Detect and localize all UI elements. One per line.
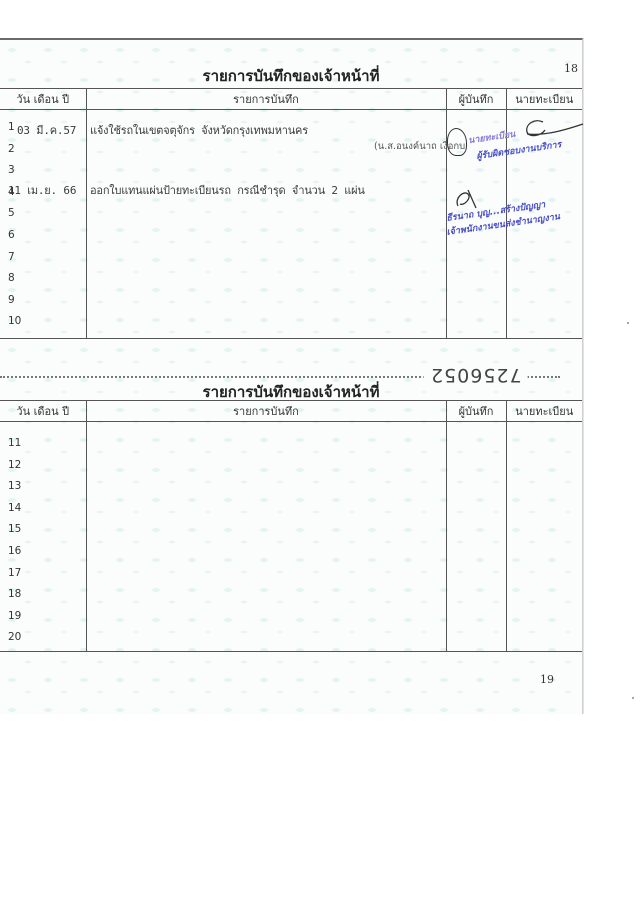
registrar-column — [506, 422, 582, 652]
col-recorder-header: ผู้บันทึก — [446, 89, 506, 110]
row-number: 13 — [8, 480, 21, 492]
row-number: 3 — [8, 164, 15, 176]
recorder-column — [446, 422, 506, 652]
page-title-top: รายการบันทึกของเจ้าหน้าที่ — [0, 64, 582, 88]
col-record-header: รายการบันทึก — [86, 401, 446, 422]
row-number: 10 — [8, 315, 21, 327]
scan-speck — [632, 697, 634, 699]
row-number: 9 — [8, 294, 15, 306]
row-number: 16 — [8, 545, 21, 557]
row-number: 11 — [8, 437, 21, 449]
registrar-signature — [515, 116, 585, 142]
scan-speck — [627, 322, 629, 324]
entry-text: แจ้งใช้รถในเขตจตุจักร จังหวัดกรุงเทพมหาน… — [90, 121, 308, 139]
entry-date: 11 เม.ย. 66 — [8, 181, 76, 199]
row-number: 14 — [8, 502, 21, 514]
col-registrar-header: นายทะเบียน — [506, 89, 582, 110]
record-column — [86, 422, 446, 652]
record-table-bottom: วัน เดือน ปี รายการบันทึก ผู้บันทึก นายท… — [0, 400, 582, 652]
row-number: 17 — [8, 567, 21, 579]
page-number-19: 19 — [540, 673, 554, 686]
col-record-header: รายการบันทึก — [86, 89, 446, 110]
row-number: 18 — [8, 588, 21, 600]
row-number: 19 — [8, 610, 21, 622]
row-number: 20 — [8, 631, 21, 643]
signature-mark — [447, 128, 467, 156]
col-recorder-header: ผู้บันทึก — [446, 401, 506, 422]
row-number: 5 — [8, 207, 15, 219]
entry-date: 03 มี.ค.57 — [17, 121, 76, 139]
row-number: 1 — [8, 121, 15, 133]
col-date-header: วัน เดือน ปี — [0, 401, 86, 422]
row-number: 6 — [8, 229, 15, 241]
row-number: 8 — [8, 272, 15, 284]
col-date-header: วัน เดือน ปี — [0, 89, 86, 110]
row-number: 15 — [8, 523, 21, 535]
row-number: 2 — [8, 143, 15, 155]
col-registrar-header: นายทะเบียน — [506, 401, 582, 422]
entry-text: ออกใบแทนแผ่นป้ายทะเบียนรถ กรณีชำรุด จำนว… — [90, 181, 365, 199]
row-number: 7 — [8, 251, 15, 263]
row-number: 12 — [8, 459, 21, 471]
